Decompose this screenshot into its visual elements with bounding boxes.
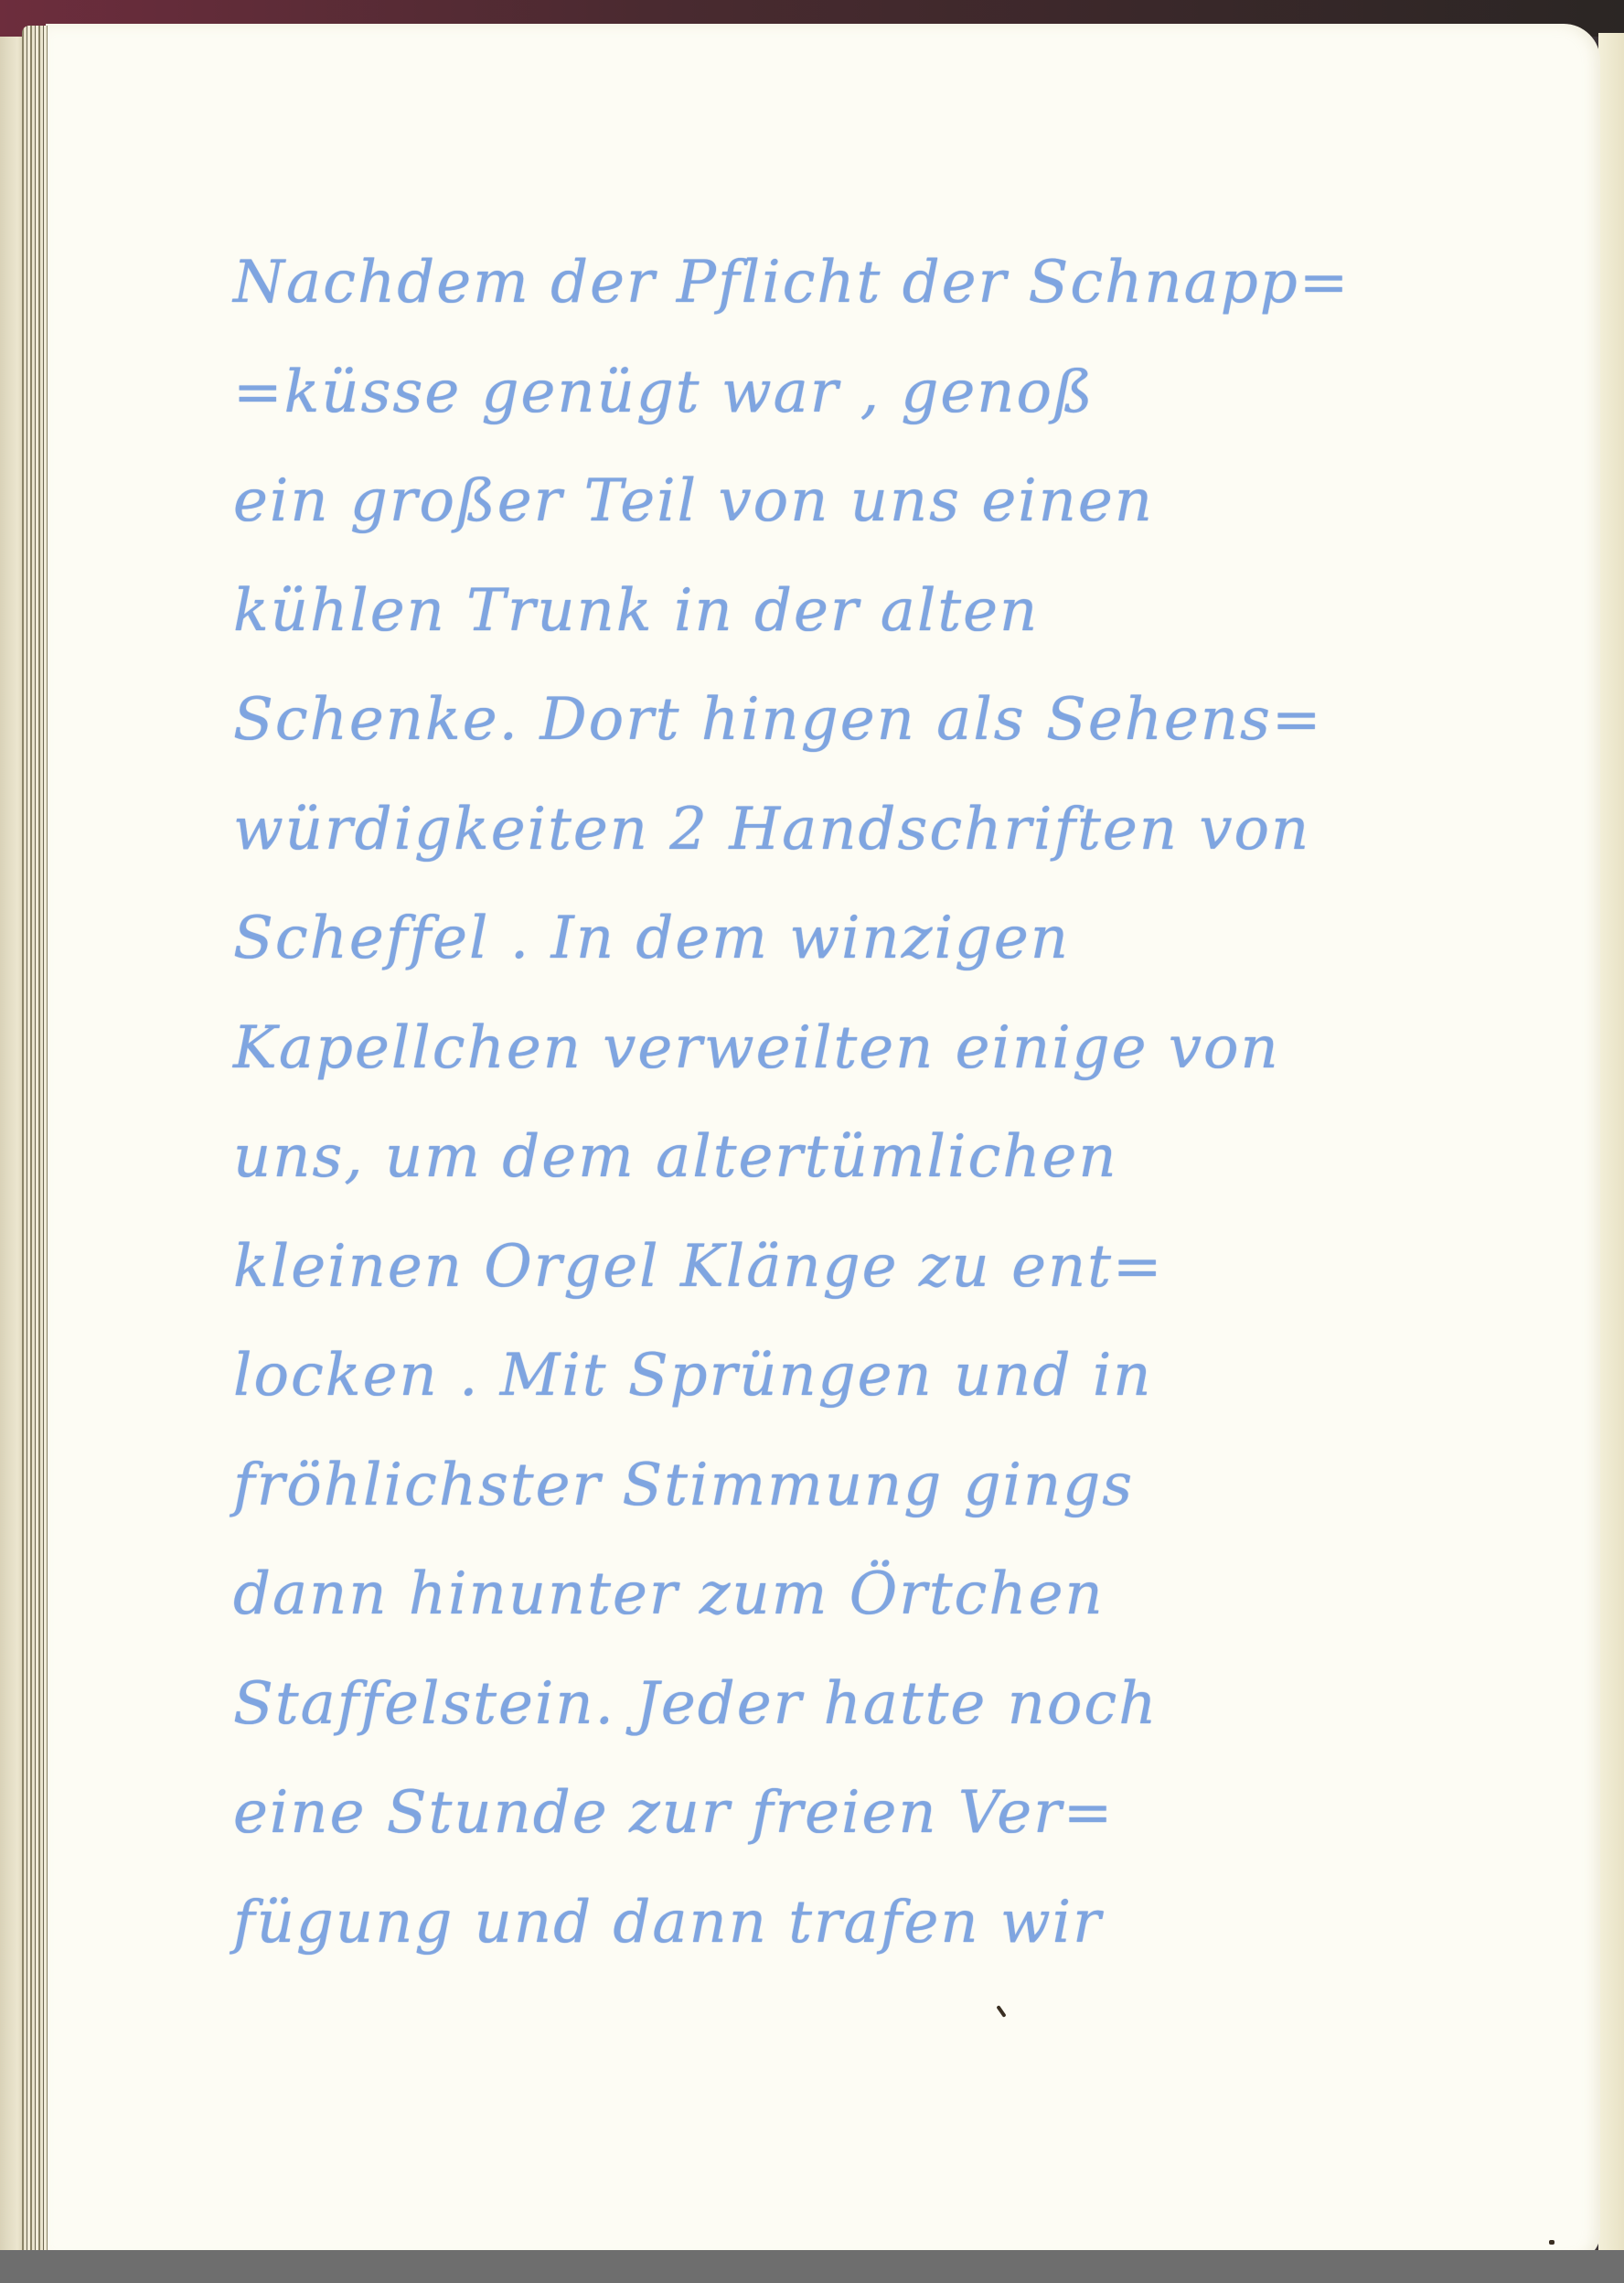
handwritten-line: eine Stunde zur freien Ver= <box>233 1759 1559 1869</box>
handwritten-line: dann hinunter zum Örtchen <box>233 1540 1559 1650</box>
page-right-edge <box>1598 33 1624 2250</box>
handwritten-line: ein großer Teil von uns einen <box>233 447 1559 557</box>
page-stack-edge <box>22 26 48 2257</box>
handwritten-line: uns, um dem altertümlichen <box>233 1103 1559 1213</box>
handwritten-line: =küsse genügt war , genoß <box>233 338 1559 448</box>
handwritten-line: Schenke. Dort hingen als Sehens= <box>233 666 1559 776</box>
handwritten-line: Kapellchen verweilten einige von <box>233 994 1559 1104</box>
handwritten-line: Scheffel . In dem winzigen <box>233 884 1559 994</box>
handwritten-line: fröhlichster Stimmung gings <box>233 1431 1559 1541</box>
handwritten-line: fügung und dann trafen wir <box>233 1869 1559 1978</box>
paper-speck <box>1549 2240 1555 2245</box>
handwritten-line: locken . Mit Sprüngen und in <box>233 1322 1559 1431</box>
handwritten-line: Nachdem der Pflicht der Schnapp= <box>233 229 1559 338</box>
handwritten-text-block: Nachdem der Pflicht der Schnapp= =küsse … <box>233 229 1559 1978</box>
handwritten-line: würdigkeiten 2 Handschriften von <box>233 776 1559 885</box>
background-bottom <box>0 2250 1624 2283</box>
handwritten-line: kühlen Trunk in der alten <box>233 557 1559 667</box>
handwritten-line: kleinen Orgel Klänge zu ent= <box>233 1213 1559 1323</box>
handwritten-line: Staffelstein. Jeder hatte noch <box>233 1650 1559 1760</box>
